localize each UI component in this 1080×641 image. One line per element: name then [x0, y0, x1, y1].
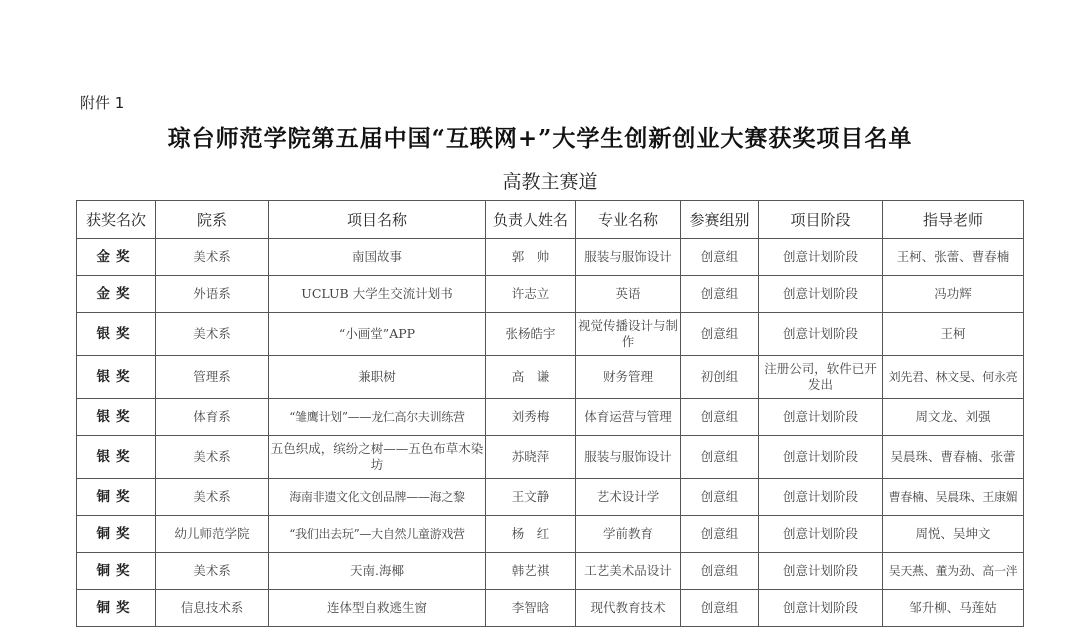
column-header-department: 院系	[156, 201, 269, 239]
major-cell: 财务管理	[576, 356, 681, 399]
leader-cell: 杨 红	[486, 516, 576, 553]
rank-cell: 银奖	[77, 436, 156, 479]
stage-cell: 创意计划阶段	[759, 399, 883, 436]
department-cell: 美术系	[156, 479, 269, 516]
major-cell: 视觉传播设计与制作	[576, 313, 681, 356]
table-row: 银奖 美术系 五色织成，缤纷之树——五色布草木染坊 苏晓萍 服装与服饰设计 创意…	[77, 436, 1024, 479]
group-cell: 初创组	[681, 356, 759, 399]
stage-cell: 创意计划阶段	[759, 276, 883, 313]
table-row: 铜奖 幼儿师范学院 “我们出去玩”—大自然儿童游戏营 杨 红 学前教育 创意组 …	[77, 516, 1024, 553]
stage-cell: 创意计划阶段	[759, 239, 883, 276]
group-cell: 创意组	[681, 590, 759, 627]
rank-cell: 银奖	[77, 313, 156, 356]
project-cell: 海南非遗文化文创品牌——海之黎	[269, 479, 486, 516]
department-cell: 管理系	[156, 356, 269, 399]
column-header-stage: 项目阶段	[759, 201, 883, 239]
project-cell: 天南.海椰	[269, 553, 486, 590]
project-cell: 五色织成，缤纷之树——五色布草木染坊	[269, 436, 486, 479]
group-cell: 创意组	[681, 553, 759, 590]
stage-cell: 创意计划阶段	[759, 436, 883, 479]
column-header-advisors: 指导老师	[883, 201, 1024, 239]
major-cell: 体育运营与管理	[576, 399, 681, 436]
major-cell: 学前教育	[576, 516, 681, 553]
group-cell: 创意组	[681, 313, 759, 356]
department-cell: 信息技术系	[156, 590, 269, 627]
advisors-cell: 冯功辉	[883, 276, 1024, 313]
department-cell: 美术系	[156, 436, 269, 479]
leader-cell: 李智晗	[486, 590, 576, 627]
table-row: 金奖 外语系 UCLUB 大学生交流计划书 许志立 英语 创意组 创意计划阶段 …	[77, 276, 1024, 313]
rank-cell: 铜奖	[77, 553, 156, 590]
group-cell: 创意组	[681, 276, 759, 313]
department-cell: 美术系	[156, 553, 269, 590]
stage-cell: 注册公司，软件已开发出	[759, 356, 883, 399]
column-header-major: 专业名称	[576, 201, 681, 239]
rank-cell: 金奖	[77, 239, 156, 276]
leader-cell: 苏晓萍	[486, 436, 576, 479]
project-cell: “我们出去玩”—大自然儿童游戏营	[269, 516, 486, 553]
major-cell: 服装与服饰设计	[576, 436, 681, 479]
leader-cell: 韩艺祺	[486, 553, 576, 590]
rank-cell: 金奖	[77, 276, 156, 313]
leader-cell: 郭 帅	[486, 239, 576, 276]
leader-cell: 张杨皓宇	[486, 313, 576, 356]
column-header-project: 项目名称	[269, 201, 486, 239]
stage-cell: 创意计划阶段	[759, 553, 883, 590]
column-header-group: 参赛组别	[681, 201, 759, 239]
table-row: 铜奖 美术系 海南非遗文化文创品牌——海之黎 王文静 艺术设计学 创意组 创意计…	[77, 479, 1024, 516]
project-cell: 南国故事	[269, 239, 486, 276]
stage-cell: 创意计划阶段	[759, 590, 883, 627]
advisors-cell: 邹升柳、马莲姑	[883, 590, 1024, 627]
group-cell: 创意组	[681, 436, 759, 479]
advisors-cell: 吴晨珠、曹春楠、张蕾	[883, 436, 1024, 479]
document-title: 琼台师范学院第五届中国“互联网+”大学生创新创业大赛获奖项目名单	[0, 120, 1080, 153]
advisors-cell: 吴天燕、董为劲、高一泮	[883, 553, 1024, 590]
table-row: 银奖 体育系 “雏鹰计划”——龙仁高尔夫训练营 刘秀梅 体育运营与管理 创意组 …	[77, 399, 1024, 436]
department-cell: 体育系	[156, 399, 269, 436]
leader-cell: 许志立	[486, 276, 576, 313]
group-cell: 创意组	[681, 479, 759, 516]
leader-cell: 高 谦	[486, 356, 576, 399]
advisors-cell: 周文龙、刘强	[883, 399, 1024, 436]
project-cell: “雏鹰计划”——龙仁高尔夫训练营	[269, 399, 486, 436]
project-cell: UCLUB 大学生交流计划书	[269, 276, 486, 313]
advisors-cell: 曹春楠、吴晨珠、王康媚	[883, 479, 1024, 516]
rank-cell: 铜奖	[77, 516, 156, 553]
stage-cell: 创意计划阶段	[759, 313, 883, 356]
table-row: 铜奖 美术系 天南.海椰 韩艺祺 工艺美术品设计 创意组 创意计划阶段 吴天燕、…	[77, 553, 1024, 590]
group-cell: 创意组	[681, 239, 759, 276]
department-cell: 幼儿师范学院	[156, 516, 269, 553]
advisors-cell: 王柯	[883, 313, 1024, 356]
column-header-leader: 负责人姓名	[486, 201, 576, 239]
major-cell: 服装与服饰设计	[576, 239, 681, 276]
table-row: 银奖 美术系 “小画堂”APP 张杨皓宇 视觉传播设计与制作 创意组 创意计划阶…	[77, 313, 1024, 356]
table-row: 铜奖 信息技术系 连体型自救逃生窗 李智晗 现代教育技术 创意组 创意计划阶段 …	[77, 590, 1024, 627]
major-cell: 现代教育技术	[576, 590, 681, 627]
stage-cell: 创意计划阶段	[759, 516, 883, 553]
department-cell: 美术系	[156, 239, 269, 276]
track-subtitle: 高教主赛道	[0, 167, 1080, 194]
attachment-label: 附件 1	[80, 92, 124, 113]
rank-cell: 铜奖	[77, 479, 156, 516]
table-header-row: 获奖名次 院系 项目名称 负责人姓名 专业名称 参赛组别 项目阶段 指导老师	[77, 201, 1024, 239]
department-cell: 美术系	[156, 313, 269, 356]
group-cell: 创意组	[681, 516, 759, 553]
table-row: 银奖 管理系 兼职树 高 谦 财务管理 初创组 注册公司，软件已开发出 刘先君、…	[77, 356, 1024, 399]
group-cell: 创意组	[681, 399, 759, 436]
major-cell: 英语	[576, 276, 681, 313]
department-cell: 外语系	[156, 276, 269, 313]
advisors-cell: 周悦、吴坤文	[883, 516, 1024, 553]
rank-cell: 铜奖	[77, 590, 156, 627]
leader-cell: 王文静	[486, 479, 576, 516]
major-cell: 工艺美术品设计	[576, 553, 681, 590]
advisors-cell: 王柯、张蕾、曹春楠	[883, 239, 1024, 276]
rank-cell: 银奖	[77, 356, 156, 399]
stage-cell: 创意计划阶段	[759, 479, 883, 516]
rank-cell: 银奖	[77, 399, 156, 436]
table-row: 金奖 美术系 南国故事 郭 帅 服装与服饰设计 创意组 创意计划阶段 王柯、张蕾…	[77, 239, 1024, 276]
project-cell: “小画堂”APP	[269, 313, 486, 356]
project-cell: 连体型自救逃生窗	[269, 590, 486, 627]
major-cell: 艺术设计学	[576, 479, 681, 516]
awards-table: 获奖名次 院系 项目名称 负责人姓名 专业名称 参赛组别 项目阶段 指导老师 金…	[76, 200, 1024, 627]
column-header-rank: 获奖名次	[77, 201, 156, 239]
project-cell: 兼职树	[269, 356, 486, 399]
leader-cell: 刘秀梅	[486, 399, 576, 436]
advisors-cell: 刘先君、林文旻、何永亮	[883, 356, 1024, 399]
